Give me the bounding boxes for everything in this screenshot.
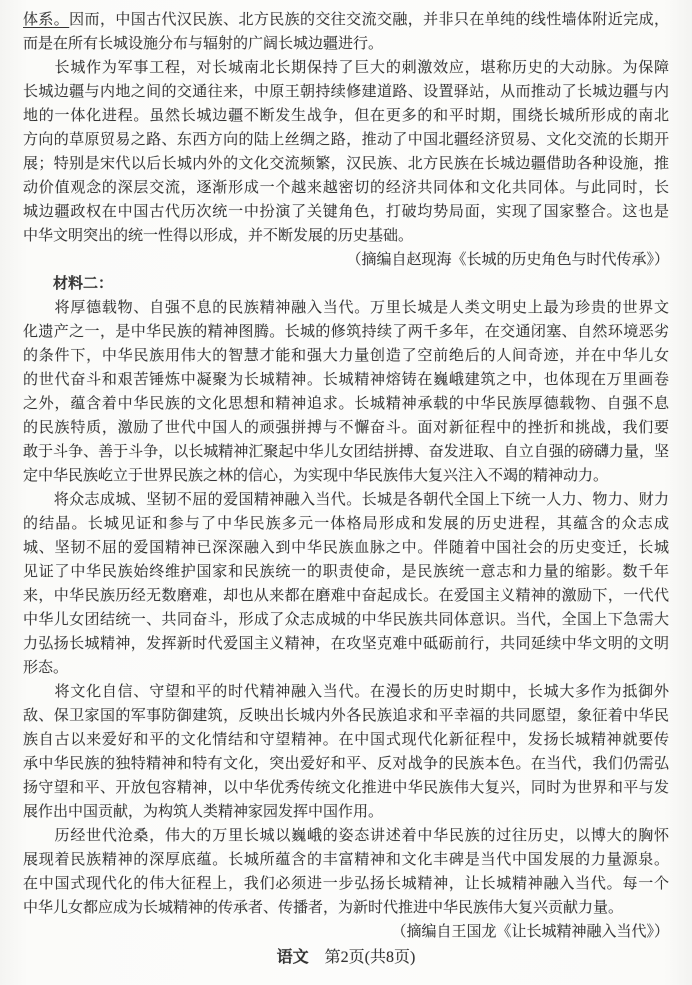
text-line: 之外，蕴含着中华民族的文化思想和精神追求。长城精神承载的中华民族厚德载物、自强不… (23, 392, 669, 416)
text-line: 在中国式现代化的伟大征程上，我们必须进一步弘扬长城精神，让长城精神融入当代。每一… (23, 872, 669, 896)
text-line: 长城作为军事工程，对长城南北长期保持了巨大的刺激效应，堪称历史的大动脉。为保障 (23, 56, 669, 80)
text-line: 定中华民族屹立于世界民族之林的信心，为实现中华民族伟大复兴注入不竭的精神动力。 (23, 464, 669, 488)
underlined-text: 体系。 (23, 12, 69, 28)
exam-paper-page: 体系。因而，中国古代汉民族、北方民族的交往交流交融，并非只在单纯的线性墙体附近完… (0, 0, 692, 985)
text-line: 扬守望和平、开放包容精神，以中华优秀传统文化推进中华民族伟大复兴，同时为世界和平… (23, 776, 669, 800)
text-line: 见证了中华民族始终维护国家和民族统一的职责使命，是民族统一意志和力量的缩影。数千… (23, 560, 669, 584)
text-line: 形态。 (23, 656, 669, 680)
text-line: 将众志成城、坚韧不屈的爱国精神融入当代。长城是各朝代全国上下统一人力、物力、财力 (23, 488, 669, 512)
text-line: 城、坚韧不屈的爱国精神已深深融入到中华民族血脉之中。伴随着中国社会的历史变迁，长… (23, 536, 669, 560)
text-line: 城边疆政权在中国古代历次统一中扮演了关键角色，打破均势局面，实现了国家整合。这也… (23, 200, 669, 224)
footer-subject: 语文 (277, 949, 309, 966)
text-line: 敢于斗争、善于斗争，以长城精神汇聚起中华儿女团结拼搏、奋发进取、自立自强的磅礴力… (23, 440, 669, 464)
text-column: 体系。因而，中国古代汉民族、北方民族的交往交流交融，并非只在单纯的线性墙体附近完… (23, 8, 669, 944)
text-line: 力弘扬长城精神，发挥新时代爱国主义精神，在攻坚克难中砥砺前行，共同延续中华文明的… (23, 632, 669, 656)
text-line: 而是在所有长城设施分布与辐射的广阔长城边疆进行。 (23, 32, 669, 56)
text-line: 方向的草原贸易之路、东西方向的陆上丝绸之路，推动了中国北疆经济贸易、文化交流的长… (23, 128, 669, 152)
material-two-heading: 材料二： (23, 272, 669, 296)
text-line: 动价值观念的深层交流，逐渐形成一个越来越密切的经济共同体和文化共同体。与此同时，… (23, 176, 669, 200)
text-line: 中华文明突出的统一性得以形成，并不断发展的历史基础。 (23, 224, 669, 248)
text-line: 展现着民族精神的深厚底蕴。长城所蕴含的丰富精神和文化丰碑是当代中国发展的力量源泉… (23, 848, 669, 872)
text-line: 来，中华民族历经无数磨难，却也从来都在磨难中奋起成长。在爱国主义精神的激励下，一… (23, 584, 669, 608)
text-line: 中华儿女都应成为长城精神的传承者、传播者，为新时代推进中华民族伟大复兴贡献力量。 (23, 896, 669, 920)
page-footer: 语文第2页(共8页) (0, 944, 692, 967)
text-line: 长城边疆与内地之间的交通往来，中原王朝持续修建道路、设置驿站，从而推动了长城边疆… (23, 80, 669, 104)
text-line: 的民族特质，激励了世代中国人的顽强拼搏与不懈奋斗。面对新征程中的挫折和挑战，我们… (23, 416, 669, 440)
text-line: 展；特别是宋代以后长城内外的文化交流频繁，汉民族、北方民族在长城边疆借助各种设施… (23, 152, 669, 176)
text-line: 的结晶。长城见证和参与了中华民族多元一体格局形成和发展的历史进程，其蕴含的众志成 (23, 512, 669, 536)
source-citation: （摘编自赵现海《长城的历史角色与时代传承》） (23, 248, 669, 272)
text-line: 的世代奋斗和艰苦锤炼中凝聚为长城精神。长城精神熔铸在巍峨建筑之中，也体现在万里画… (23, 368, 669, 392)
text-line: 历经世代沧桑，伟大的万里长城以巍峨的姿态讲述着中华民族的过往历史，以博大的胸怀 (23, 824, 669, 848)
text-line: 承中华民族的独特精神和特有文化，突出爱好和平、反对战争的民族本色。在当代，我们仍… (23, 752, 669, 776)
text-line: 体系。因而，中国古代汉民族、北方民族的交往交流交融，并非只在单纯的线性墙体附近完… (23, 8, 669, 32)
text-line: 地的一体化进程。虽然长城边疆不断发生战争，但在更多的和平时期，围绕长城所形成的南… (23, 104, 669, 128)
text-line: 中华儿女团结统一、共同奋斗，形成了众志成城的中华民族共同体意识。当代，全国上下急… (23, 608, 669, 632)
text-line: 将文化自信、守望和平的时代精神融入当代。在漫长的历史时期中，长城大多作为抵御外 (23, 680, 669, 704)
text-line: 将厚德载物、自强不息的民族精神融入当代。万里长城是人类文明史上最为珍贵的世界文 (23, 296, 669, 320)
text-line: 化遗产之一，是中华民族的精神图腾。长城的修筑持续了两千多年，在交通闭塞、自然环境… (23, 320, 669, 344)
text-line: 的条件下，中华民族用伟大的智慧才能和强大力量创造了空前绝后的人间奇迹，并在中华儿… (23, 344, 669, 368)
footer-page-number: 第2页(共8页) (325, 949, 416, 966)
text-line: 族自古以来爱好和平的文化情结和守望精神。在中国式现代化新征程中，发扬长城精神就要… (23, 728, 669, 752)
text-line: 敌、保卫家国的军事防御建筑，反映出长城内外各民族追求和平幸福的共同愿望，象征着中… (23, 704, 669, 728)
text-line: 展作出中国贡献，为构筑人类精神家园发挥中国作用。 (23, 800, 669, 824)
source-citation: （摘编自王国龙《让长城精神融入当代》） (23, 920, 669, 944)
